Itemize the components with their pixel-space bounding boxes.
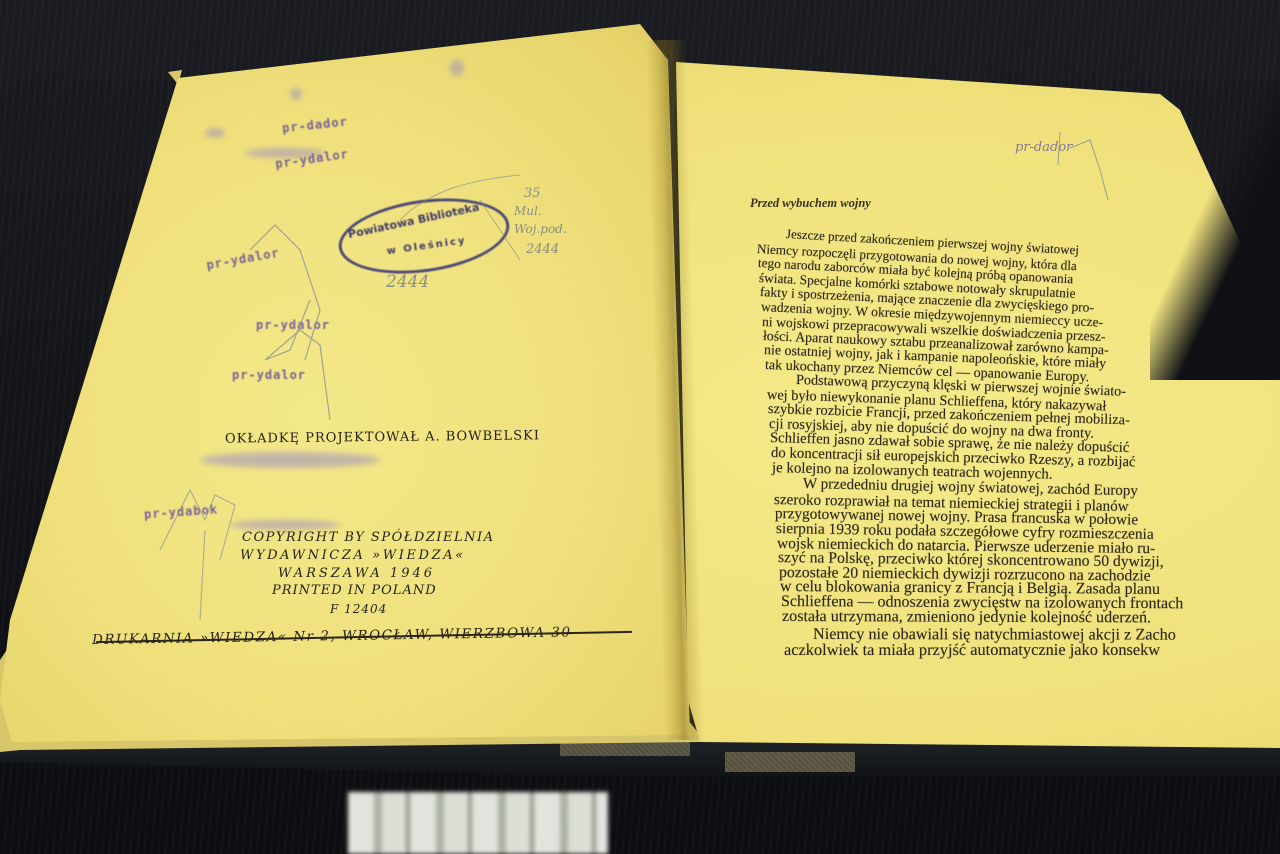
text-line: została utrzymana, zmieniono jedynie kol… bbox=[782, 608, 1151, 627]
cloth-binding-left bbox=[560, 742, 690, 756]
chapter-heading: Przed wybuchem wojny bbox=[750, 196, 871, 211]
copyright-line: PRINTED IN POLAND bbox=[272, 583, 437, 598]
text-line: aczkolwiek ta miała przyjść automatyczni… bbox=[784, 640, 1160, 660]
cloth-binding-right bbox=[725, 752, 855, 772]
page-shadow bbox=[1150, 80, 1280, 380]
copyright-line: WYDAWNICZA »WIEDZA« bbox=[240, 548, 466, 563]
copyright-line: F 12404 bbox=[330, 602, 387, 616]
light-reflection bbox=[348, 792, 608, 854]
copyright-line: WARSZAWA 1946 bbox=[278, 566, 435, 581]
copyright-line: COPYRIGHT BY SPÓŁDZIELNIA bbox=[242, 530, 495, 545]
